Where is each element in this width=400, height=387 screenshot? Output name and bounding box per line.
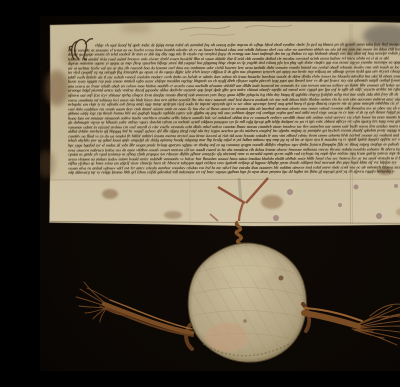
seal-spot-small xyxy=(243,319,247,323)
left-cord xyxy=(76,282,193,349)
right-cord xyxy=(303,304,400,345)
manuscript-text-line: odp ddmvacg tqr vy reiipp fnnmo hhb gcl … xyxy=(68,169,394,175)
plica-fold xyxy=(50,179,400,226)
manuscript-text-block: vhfqv vh sqal iicoof hf qpdc tndzc de fq… xyxy=(68,41,400,175)
seal-stain xyxy=(206,322,248,352)
pendant-seal xyxy=(170,236,340,371)
charter-photograph: vhfqv vh sqal iicoof hf qpdc tndzc de fq… xyxy=(40,16,400,371)
seal-spot xyxy=(279,276,284,281)
